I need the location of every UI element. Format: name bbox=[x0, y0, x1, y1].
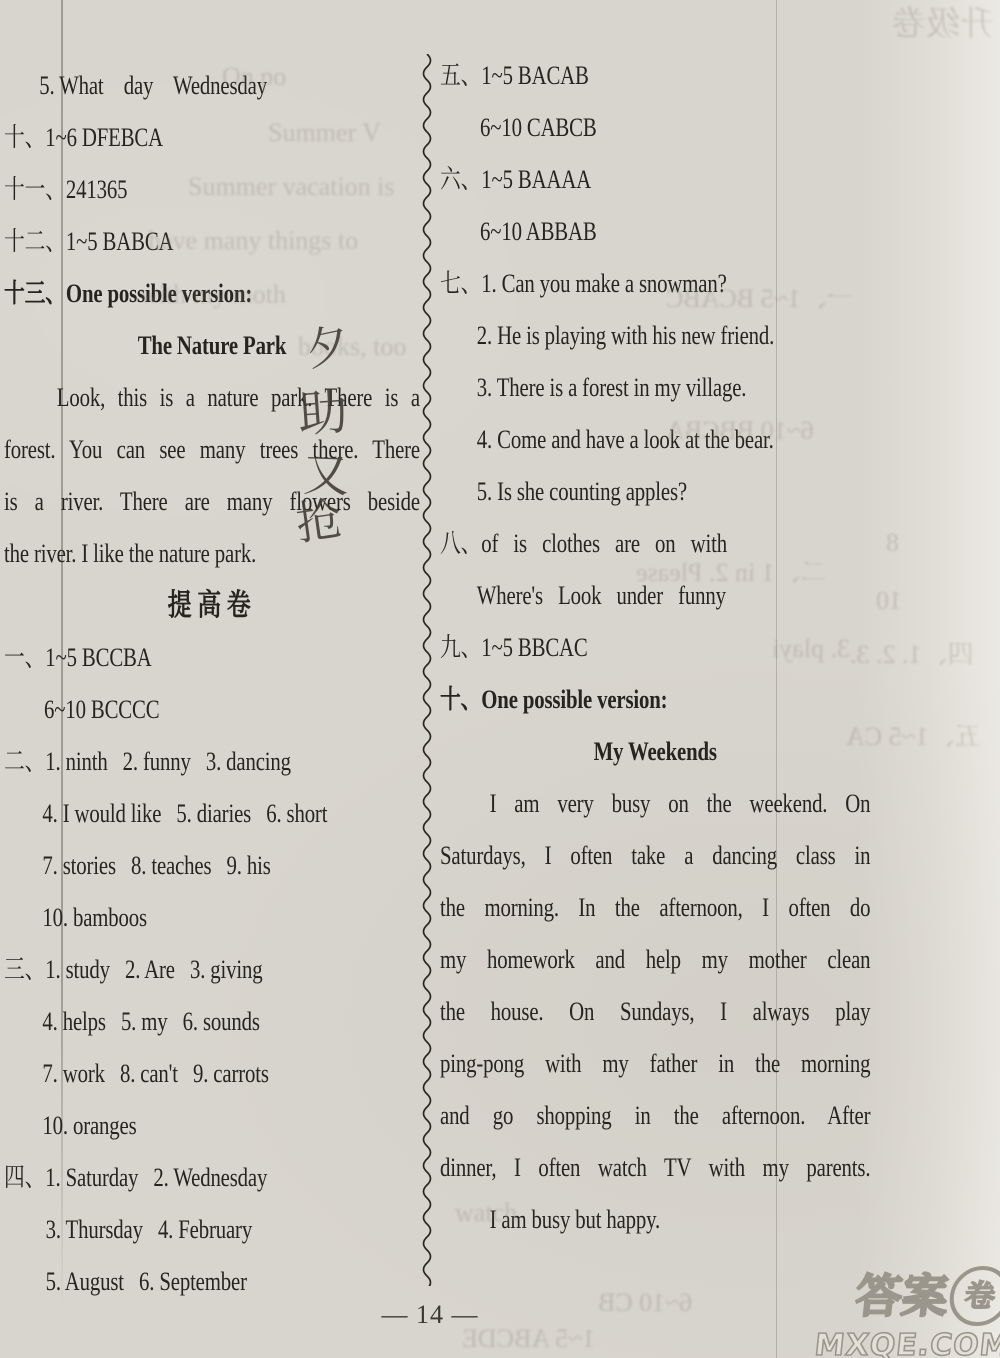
text-line: 3. There is a forest in my village. bbox=[440, 362, 870, 414]
scanned-answer-page: 5. What day Wednesday十、1~6 DFEBCA十一、2413… bbox=[0, 0, 1000, 1358]
bleed-through-text: 一、1~5 BCABC bbox=[666, 286, 853, 312]
watermark-logo: 答案卷 MXQE.COM bbox=[813, 1266, 1000, 1358]
text-line: is a river. There are many flowers besid… bbox=[4, 476, 420, 528]
text-line: 4. I would like 5. diaries 6. short bbox=[4, 788, 420, 840]
handwriting-annotation: 夕 bbox=[302, 322, 354, 374]
text-line: 一、1~5 BCCBA bbox=[4, 632, 420, 684]
page-number: — 14 — bbox=[355, 1300, 505, 1330]
text-line: Saturdays, I often take a dancing class … bbox=[440, 830, 870, 882]
text-line: 5. What day Wednesday bbox=[4, 60, 420, 112]
text-line: 六、1~5 BAAAA bbox=[440, 154, 870, 206]
text-line: 3. Thursday 4. February bbox=[4, 1204, 420, 1256]
bleed-through-text: 10 bbox=[876, 588, 902, 614]
bleed-through-text: have many things to bbox=[148, 228, 358, 254]
text-line: the house. On Sundays, I always play bbox=[440, 986, 870, 1038]
text-line: 6~10 BCCCC bbox=[4, 684, 420, 736]
text-line: forest. You can see many trees there. Th… bbox=[4, 424, 420, 476]
bleed-through-text: 3. playi bbox=[772, 636, 850, 662]
bleed-through-text: 6~10 CB bbox=[598, 1290, 692, 1316]
text-line: dinner, I often watch TV with my parents… bbox=[440, 1142, 870, 1194]
text-line: 7. stories 8. teaches 9. his bbox=[4, 840, 420, 892]
essay-title-my-weekends: My Weekends bbox=[440, 726, 870, 778]
bleed-through-text: 升级卷 bbox=[892, 8, 994, 42]
text-line: 6~10 CABCB bbox=[440, 102, 870, 154]
bleed-through-text: 四、1. 2. 3. bbox=[850, 642, 974, 668]
section-heading-advanced-test: 提高卷 bbox=[4, 580, 420, 632]
text-line: 7. work 8. can't 9. carrots bbox=[4, 1048, 420, 1100]
bleed-through-text: Summer vacation is bbox=[188, 174, 395, 200]
text-line: ping-pong with my father in the morning bbox=[440, 1038, 870, 1090]
text-line: 6~10 ABBAB bbox=[440, 206, 870, 258]
text-line: 三、1. study 2. Are 3. giving bbox=[4, 944, 420, 996]
text-line: 4. helps 5. my 6. sounds bbox=[4, 996, 420, 1048]
bleed-through-text: 五、1~5 CA bbox=[846, 724, 981, 750]
watermark-brand-text: 答案 bbox=[853, 1271, 950, 1322]
text-line: 10. oranges bbox=[4, 1100, 420, 1152]
bleed-through-text: Summer V bbox=[268, 120, 381, 146]
column-divider-wavy-line bbox=[420, 54, 438, 1286]
watermark-site: MXQE.COM bbox=[813, 1328, 1000, 1358]
handwriting-annotation: 助 bbox=[296, 386, 349, 439]
text-line: my homework and help my mother clean bbox=[440, 934, 870, 986]
text-line: 五、1~5 BACAB bbox=[440, 50, 870, 102]
text-line: 十、One possible version: bbox=[440, 674, 870, 726]
text-line: the morning. In the afternoon, I often d… bbox=[440, 882, 870, 934]
text-line: 四、1. Saturday 2. Wednesday bbox=[4, 1152, 420, 1204]
text-line: the river. I like the nature park. bbox=[4, 528, 420, 580]
handwriting-annotation: 抢 bbox=[293, 495, 345, 547]
text-line: I am very busy on the weekend. On bbox=[440, 778, 870, 830]
text-line: 5. Is she counting apples? bbox=[440, 466, 870, 518]
text-line: 二、1. ninth 2. funny 3. dancing bbox=[4, 736, 420, 788]
bleed-through-text: with my moth bbox=[140, 282, 286, 308]
text-line: and go shopping in the afternoon. After bbox=[440, 1090, 870, 1142]
bleed-through-text: watch bbox=[455, 1200, 517, 1226]
text-line: 10. bamboos bbox=[4, 892, 420, 944]
bleed-through-text: 6~10 BBCBA bbox=[666, 418, 814, 444]
watermark-circle-icon: 卷 bbox=[947, 1266, 1000, 1326]
bleed-through-text: On po bbox=[222, 64, 286, 90]
bleed-through-text: 8 bbox=[886, 530, 899, 556]
watermark-brand: 答案卷 bbox=[817, 1266, 1000, 1326]
bleed-through-text: 二、1 in 2. Please bbox=[636, 560, 827, 586]
text-line: 2. He is playing with his new friend. bbox=[440, 310, 870, 362]
text-line: Look, this is a nature park. There is a bbox=[4, 372, 420, 424]
